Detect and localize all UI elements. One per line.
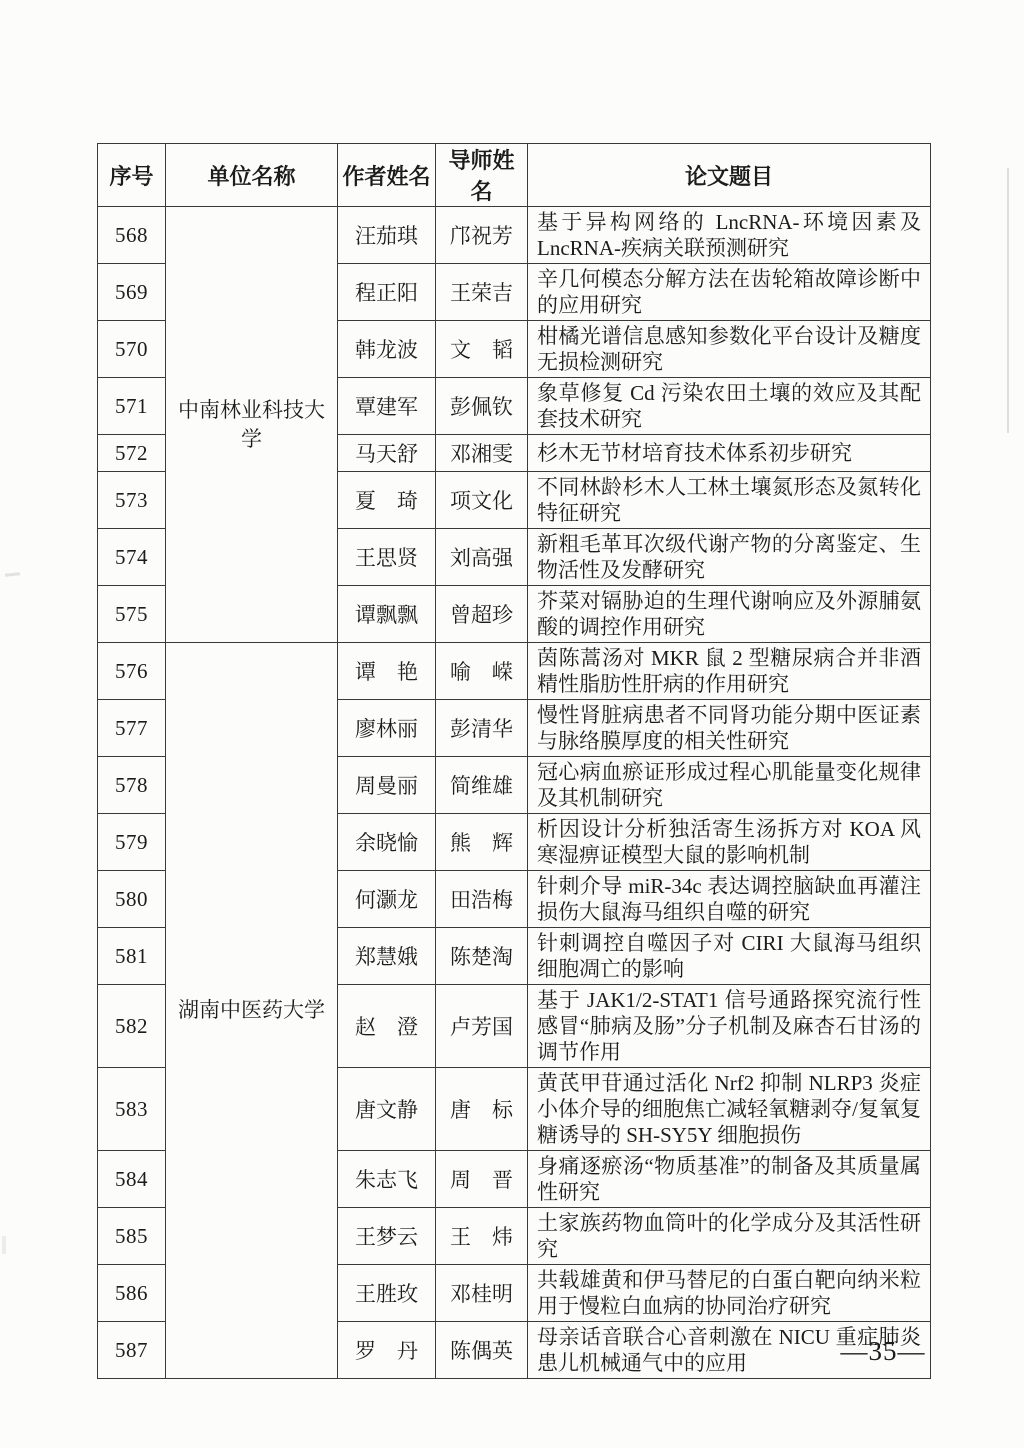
thesis-title: 析因设计分析独活寄生汤拆方对 KOA 风寒湿痹证模型大鼠的影响机制 (528, 814, 931, 871)
author-name: 谭 艳 (338, 643, 436, 700)
advisor-name: 邓湘雯 (436, 435, 528, 472)
advisor-name: 熊 辉 (436, 814, 528, 871)
table-row: 576湖南中医药大学谭 艳喻 嵘茵陈蒿汤对 MKR 鼠 2 型糖尿病合并非酒精性… (98, 643, 931, 700)
author-name: 何灏龙 (338, 871, 436, 928)
thesis-title: 辛几何模态分解方法在齿轮箱故障诊断中的应用研究 (528, 264, 931, 321)
row-number: 585 (98, 1208, 166, 1265)
author-name: 夏 琦 (338, 472, 436, 529)
row-number: 574 (98, 529, 166, 586)
thesis-title: 冠心病血瘀证形成过程心肌能量变化规律及其机制研究 (528, 757, 931, 814)
row-number: 577 (98, 700, 166, 757)
author-name: 程正阳 (338, 264, 436, 321)
row-number: 578 (98, 757, 166, 814)
thesis-title: 土家族药物血筒叶的化学成分及其活性研究 (528, 1208, 931, 1265)
thesis-title: 杉木无节材培育技术体系初步研究 (528, 435, 931, 472)
column-header-3: 导师姓名 (436, 144, 528, 207)
row-number: 587 (98, 1322, 166, 1379)
table-row: 568中南林业科技大学汪茄琪邝祝芳基于异构网络的 LncRNA-环境因素及 Ln… (98, 207, 931, 264)
row-number: 586 (98, 1265, 166, 1322)
author-name: 周曼丽 (338, 757, 436, 814)
author-name: 马天舒 (338, 435, 436, 472)
document-page: 序号单位名称作者姓名导师姓名论文题目 568中南林业科技大学汪茄琪邝祝芳基于异构… (0, 0, 1024, 1448)
table-header-row: 序号单位名称作者姓名导师姓名论文题目 (98, 144, 931, 207)
row-number: 570 (98, 321, 166, 378)
author-name: 唐文静 (338, 1068, 436, 1151)
advisor-name: 唐 标 (436, 1068, 528, 1151)
column-header-4: 论文题目 (528, 144, 931, 207)
advisor-name: 卢芳国 (436, 985, 528, 1068)
thesis-title: 柑橘光谱信息感知参数化平台设计及糖度无损检测研究 (528, 321, 931, 378)
author-name: 余晓愉 (338, 814, 436, 871)
advisor-name: 项文化 (436, 472, 528, 529)
advisor-name: 邝祝芳 (436, 207, 528, 264)
row-number: 581 (98, 928, 166, 985)
advisor-name: 曾超珍 (436, 586, 528, 643)
author-name: 王思贤 (338, 529, 436, 586)
scan-artifact-left-2 (2, 1236, 6, 1254)
row-number: 583 (98, 1068, 166, 1151)
advisor-name: 彭清华 (436, 700, 528, 757)
scan-artifact-right (1007, 168, 1009, 433)
thesis-title: 基于 JAK1/2-STAT1 信号通路探究流行性感冒“肺病及肠”分子机制及麻杏… (528, 985, 931, 1068)
thesis-title: 新粗毛革耳次级代谢产物的分离鉴定、生物活性及发酵研究 (528, 529, 931, 586)
advisor-name: 王 炜 (436, 1208, 528, 1265)
thesis-title: 共载雄黄和伊马替尼的白蛋白靶向纳米粒用于慢粒白血病的协同治疗研究 (528, 1265, 931, 1322)
thesis-title: 针刺介导 miR-34c 表达调控脑缺血再灌注损伤大鼠海马组织自噬的研究 (528, 871, 931, 928)
author-name: 王梦云 (338, 1208, 436, 1265)
column-header-1: 单位名称 (166, 144, 338, 207)
row-number: 569 (98, 264, 166, 321)
advisor-name: 喻 嵘 (436, 643, 528, 700)
advisor-name: 陈楚淘 (436, 928, 528, 985)
column-header-2: 作者姓名 (338, 144, 436, 207)
row-number: 572 (98, 435, 166, 472)
scan-artifact-left-1 (5, 572, 20, 577)
row-number: 582 (98, 985, 166, 1068)
thesis-title: 茵陈蒿汤对 MKR 鼠 2 型糖尿病合并非酒精性脂肪性肝病的作用研究 (528, 643, 931, 700)
thesis-title: 基于异构网络的 LncRNA-环境因素及 LncRNA-疾病关联预测研究 (528, 207, 931, 264)
row-number: 579 (98, 814, 166, 871)
author-name: 谭飘飘 (338, 586, 436, 643)
row-number: 576 (98, 643, 166, 700)
author-name: 汪茄琪 (338, 207, 436, 264)
thesis-title: 慢性肾脏病患者不同肾功能分期中医证素与脉络膜厚度的相关性研究 (528, 700, 931, 757)
advisor-name: 彭佩钦 (436, 378, 528, 435)
author-name: 韩龙波 (338, 321, 436, 378)
row-number: 571 (98, 378, 166, 435)
author-name: 王胜玫 (338, 1265, 436, 1322)
author-name: 郑慧娥 (338, 928, 436, 985)
advisor-name: 陈偶英 (436, 1322, 528, 1379)
author-name: 朱志飞 (338, 1151, 436, 1208)
author-name: 罗 丹 (338, 1322, 436, 1379)
unit-name: 中南林业科技大学 (166, 207, 338, 643)
advisor-name: 田浩梅 (436, 871, 528, 928)
advisor-name: 文 韬 (436, 321, 528, 378)
advisor-name: 简维雄 (436, 757, 528, 814)
advisor-name: 王荣吉 (436, 264, 528, 321)
thesis-title: 身痛逐瘀汤“物质基准”的制备及其质量属性研究 (528, 1151, 931, 1208)
advisor-name: 邓桂明 (436, 1265, 528, 1322)
row-number: 580 (98, 871, 166, 928)
unit-name: 湖南中医药大学 (166, 643, 338, 1379)
thesis-title: 不同林龄杉木人工林土壤氮形态及氮转化特征研究 (528, 472, 931, 529)
thesis-title: 针刺调控自噬因子对 CIRI 大鼠海马组织细胞凋亡的影响 (528, 928, 931, 985)
row-number: 575 (98, 586, 166, 643)
advisor-name: 周 晋 (436, 1151, 528, 1208)
thesis-title: 象草修复 Cd 污染农田土壤的效应及其配套技术研究 (528, 378, 931, 435)
author-name: 廖林丽 (338, 700, 436, 757)
thesis-list-table: 序号单位名称作者姓名导师姓名论文题目 568中南林业科技大学汪茄琪邝祝芳基于异构… (97, 143, 931, 1379)
author-name: 赵 澄 (338, 985, 436, 1068)
row-number: 573 (98, 472, 166, 529)
author-name: 覃建军 (338, 378, 436, 435)
row-number: 584 (98, 1151, 166, 1208)
thesis-title: 黄芪甲苷通过活化 Nrf2 抑制 NLRP3 炎症小体介导的细胞焦亡减轻氧糖剥夺… (528, 1068, 931, 1151)
thesis-title: 芥菜对镉胁迫的生理代谢响应及外源脯氨酸的调控作用研究 (528, 586, 931, 643)
advisor-name: 刘高强 (436, 529, 528, 586)
row-number: 568 (98, 207, 166, 264)
page-number: —35— (828, 1336, 938, 1367)
column-header-0: 序号 (98, 144, 166, 207)
